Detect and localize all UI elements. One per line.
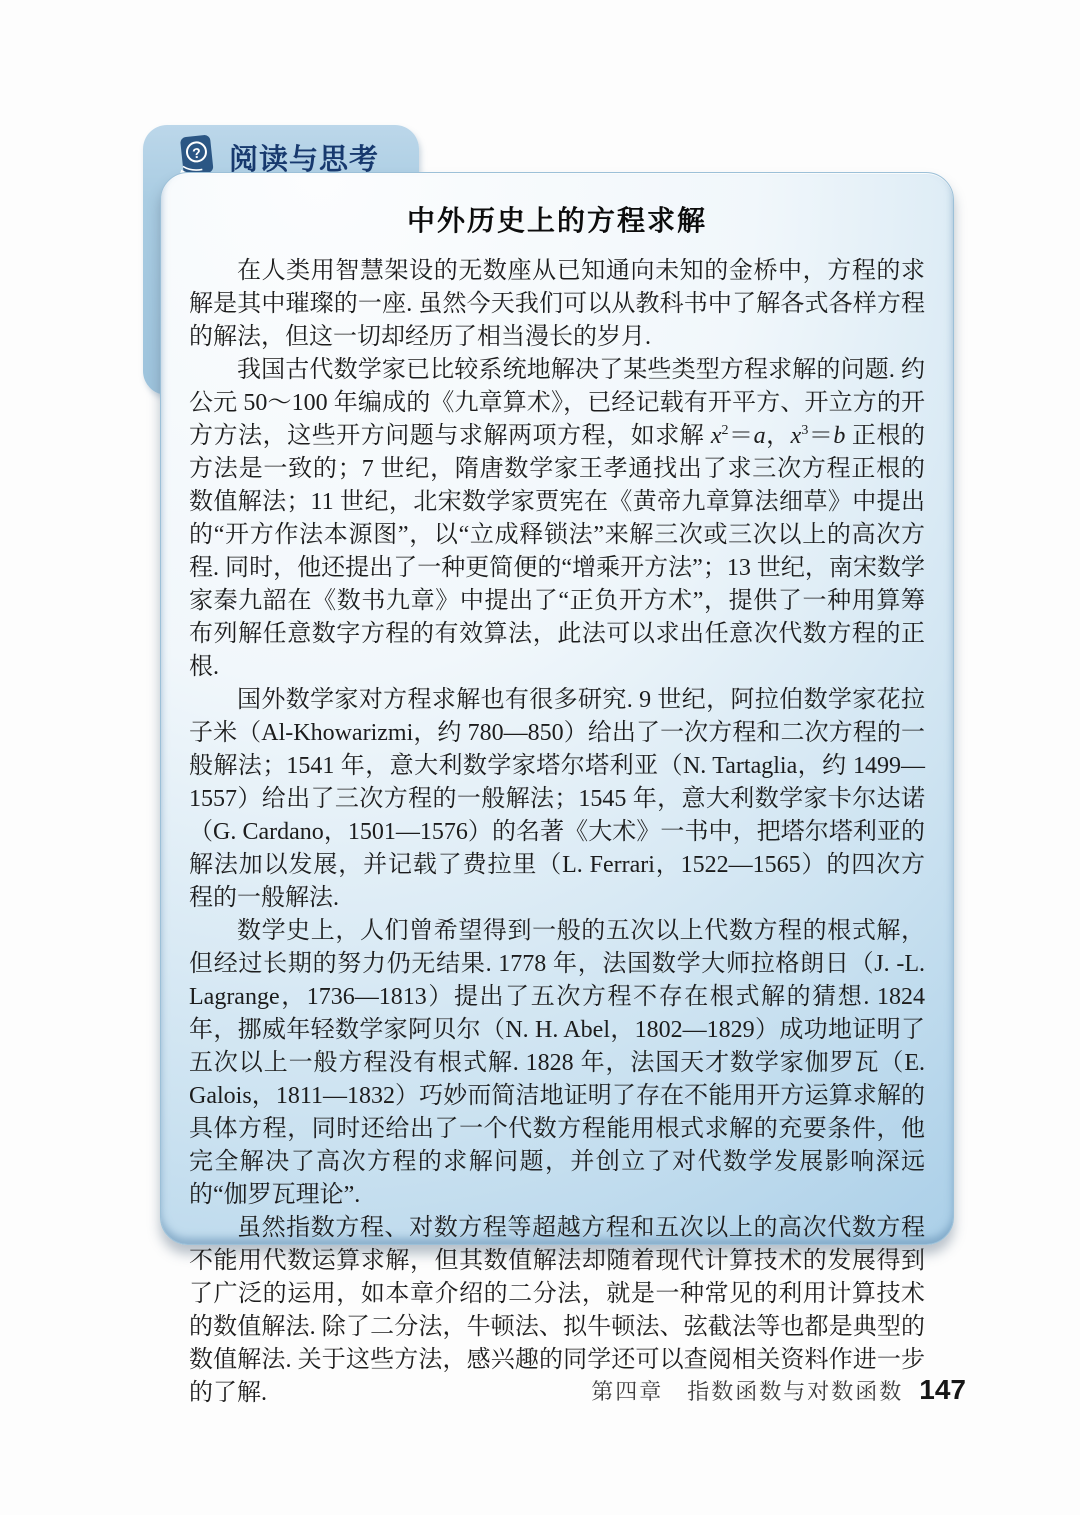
paragraph-4: 数学史上，人们曾希望得到一般的五次以上代数方程的根式解，但经过长期的努力仍无结果… [189,915,925,1212]
paragraph-1: 在人类用智慧架设的无数座从已知通向未知的金桥中，方程的求解是其中璀璨的一座. 虽… [189,255,925,354]
formula-x-squared-exp: 2 [722,423,729,438]
formula-x-squared-equals: ＝ [729,423,754,449]
article-title: 中外历史上的方程求解 [189,199,925,239]
page-footer: 第四章 指数函数与对数函数 147 [591,1374,966,1406]
formula-x-squared-rhs: a [754,423,766,449]
formula-x-cubed-rhs: b [833,423,845,449]
formula-x-cubed-equals: ＝ [808,423,833,449]
formula-separator: ， [766,423,791,449]
formula-x-squared-var: x [711,423,722,449]
paragraph-3: 国外数学家对方程求解也有很多研究. 9 世纪，阿拉伯数学家花拉子米（Al-Kho… [189,684,925,915]
paragraph-2: 我国古代数学家已比较系统地解决了某些类型方程求解的问题. 约公元 50～100 … [189,354,925,684]
reading-card: 中外历史上的方程求解 在人类用智慧架设的无数座从已知通向未知的金桥中，方程的求解… [160,172,954,1245]
paragraph-2-text-b: 正根的方法是一致的；7 世纪，隋唐数学家王孝通找出了求三次方程正根的数值解法；1… [189,423,925,680]
formula-x-cubed-var: x [791,423,802,449]
svg-text:?: ? [191,145,201,162]
page-number: 147 [919,1374,966,1406]
textbook-page: ? 阅读与思考 中外历史上的方程求解 在人类用智慧架设的无数座从已知通向未知的金… [0,0,1080,1515]
chapter-title: 第四章 指数函数与对数函数 [591,1375,903,1406]
